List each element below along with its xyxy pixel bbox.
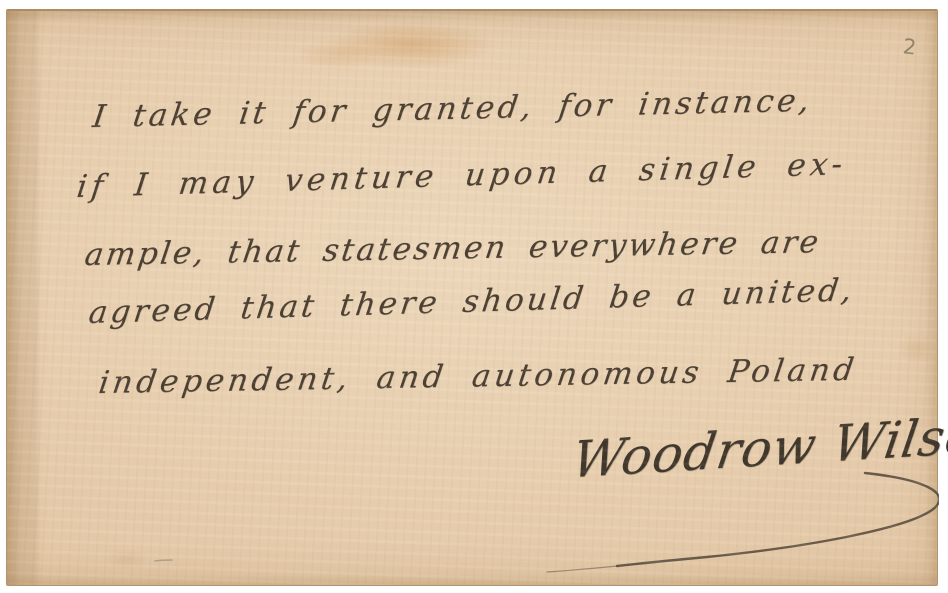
scan-background: 2 I take it for granted, for instance, i… bbox=[0, 0, 948, 593]
manuscript-card: 2 I take it for granted, for instance, i… bbox=[6, 9, 938, 586]
signature: Woodrow Wilson bbox=[569, 404, 948, 489]
handwritten-line-1: I take it for granted, for instance, bbox=[91, 83, 815, 135]
handwritten-line-2: if I may venture upon a single ex- bbox=[75, 146, 849, 205]
page-number-mark: 2 bbox=[902, 34, 918, 59]
handwritten-line-5: independent, and autonomous Poland bbox=[96, 352, 859, 401]
handwritten-line-4: agreed that there should be a united, bbox=[87, 272, 857, 331]
handwritten-line-3: ample, that statesmen everywhere are bbox=[82, 224, 823, 273]
